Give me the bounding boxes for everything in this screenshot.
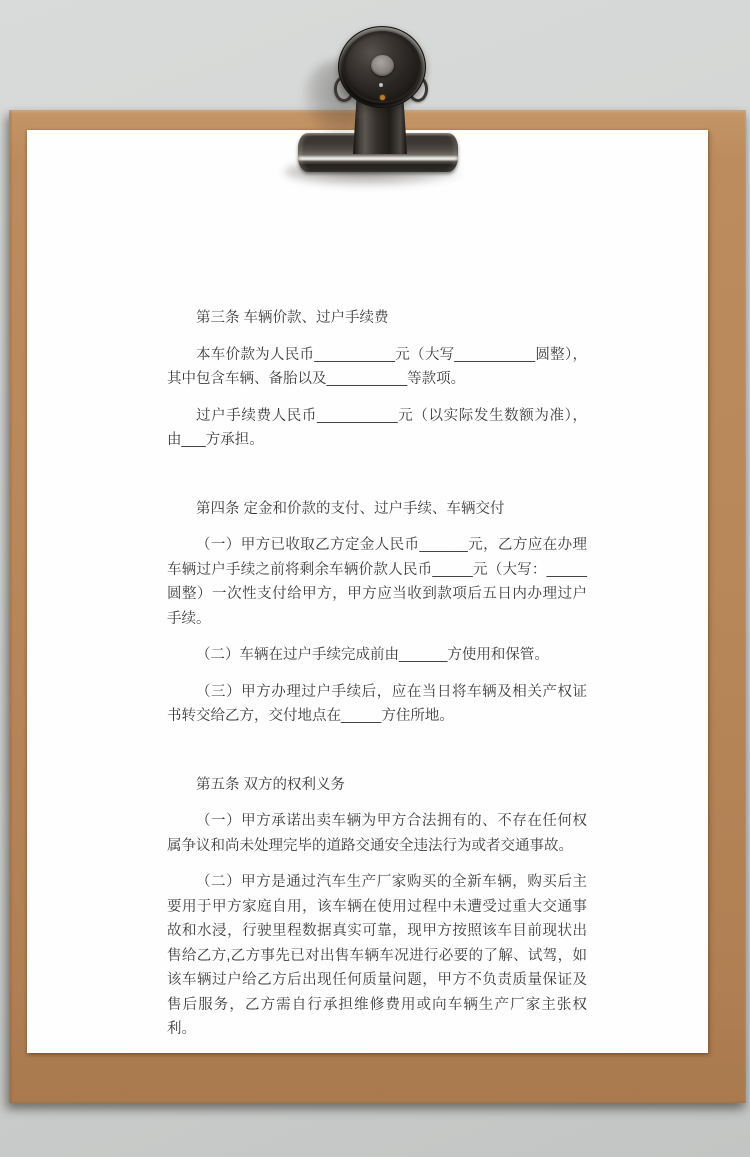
paragraph-transfer-fee: 过户手续费人民币__________元（以实际发生数额为准），由___方承担。 (167, 404, 587, 453)
paragraph-price: 本车价款为人民币__________元（大写__________圆整），其中包含… (167, 343, 587, 392)
paragraph-custody: （二）车辆在过户手续完成前由______方使用和保管。 (167, 643, 587, 668)
clip-knob-hole (371, 55, 394, 76)
binder-clip (288, 14, 468, 189)
paragraph-delivery: （三）甲方办理过户手续后，应在当日将车辆及相关产权证书转交给乙方，交付地点在__… (167, 680, 587, 729)
clip-glint-amber (380, 95, 385, 100)
clip-knob (338, 26, 426, 108)
paragraph-vehicle-condition: （二）甲方是通过汽车生产厂家购买的全新车辆，购买后主要用于甲方家庭自用，该车辆在… (167, 870, 587, 1042)
contract-page: 第三条 车辆价款、过户手续费 本车价款为人民币__________元（大写___… (27, 130, 708, 1053)
paragraph-deposit: （一）甲方已收取乙方定金人民币______元，乙方应在办理车辆过户手续之前将剩余… (167, 533, 587, 631)
clipboard-photo-scene: 第三条 车辆价款、过户手续费 本车价款为人民币__________元（大写___… (0, 0, 750, 1157)
clip-glint-white (379, 83, 383, 87)
clipboard: 第三条 车辆价款、过户手续费 本车价款为人民币__________元（大写___… (9, 110, 746, 1103)
paragraph-ownership-promise: （一）甲方承诺出卖车辆为甲方合法拥有的、不存在任何权属争议和尚未处理完毕的道路交… (167, 809, 587, 858)
section-heading-4: 第四条 定金和价款的支付、过户手续、车辆交付 (167, 497, 587, 522)
section-heading-3: 第三条 车辆价款、过户手续费 (167, 306, 587, 331)
section-heading-5: 第五条 双方的权利义务 (167, 773, 587, 798)
contract-body: 第三条 车辆价款、过户手续费 本车价款为人民币__________元（大写___… (167, 130, 587, 1054)
